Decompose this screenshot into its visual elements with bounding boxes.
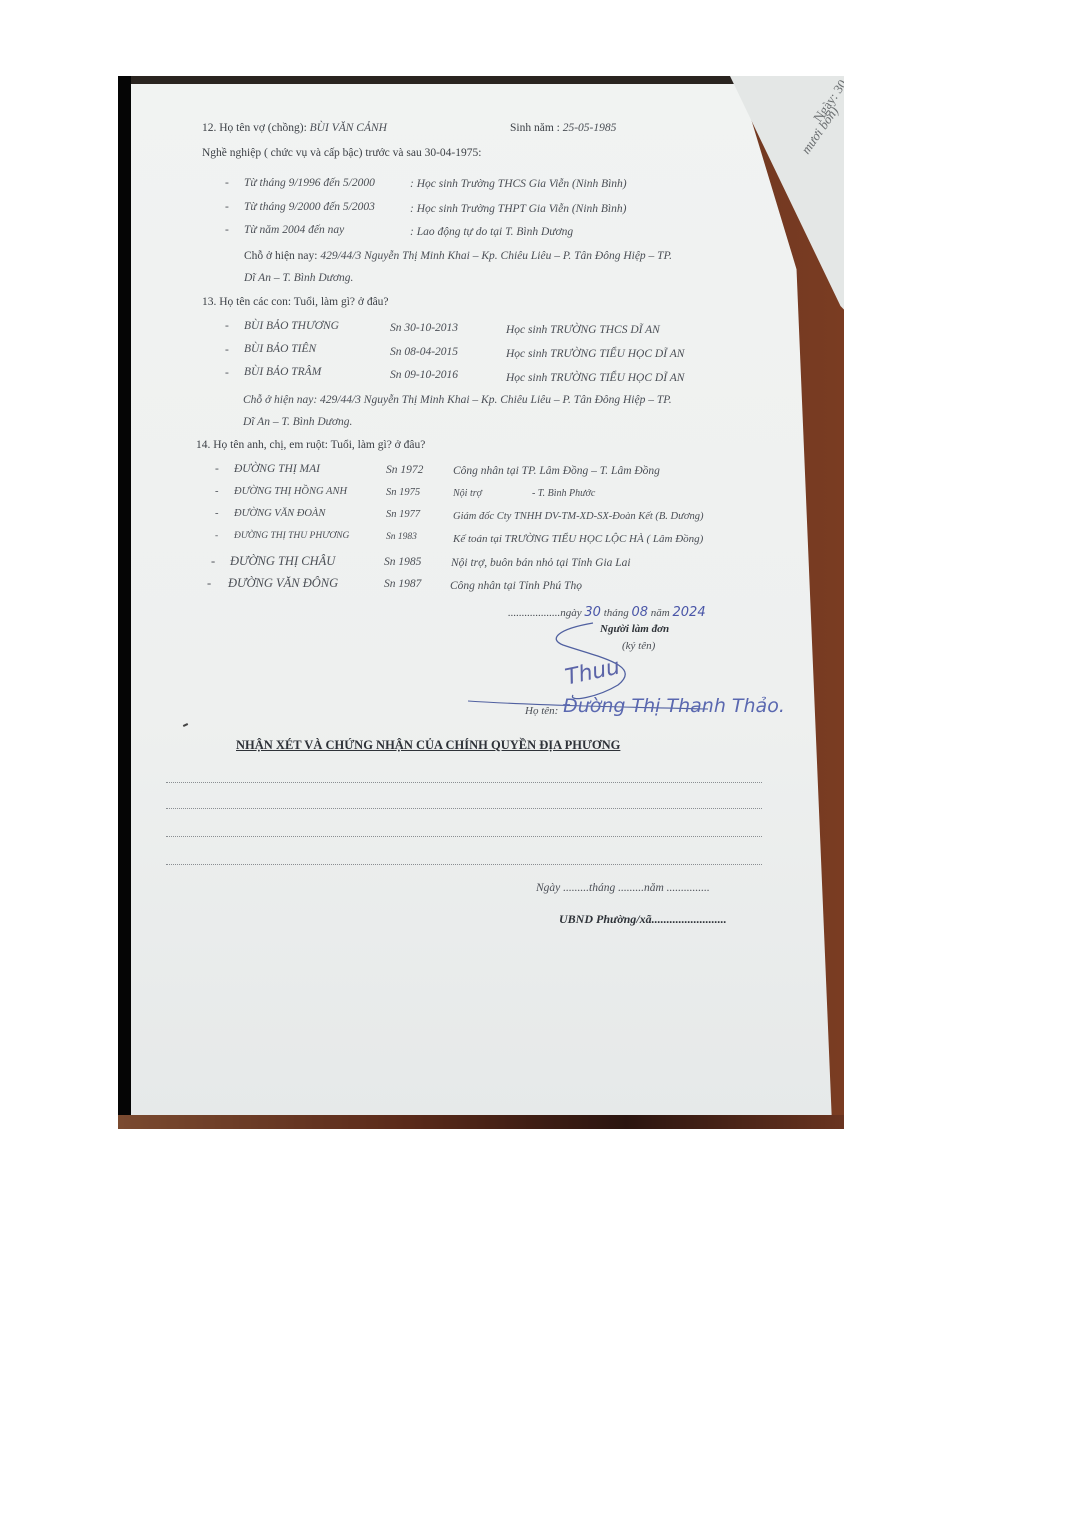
child-detail: Học sinh TRƯỜNG TIỂU HỌC DĨ AN [506, 372, 684, 384]
sibling-dob: Sn 1985 [384, 556, 421, 568]
comment-line [166, 808, 762, 809]
comment-line [166, 782, 762, 783]
address-line2: Dĩ An – T. Bình Dương. [244, 272, 353, 284]
occupation-heading: Nghề nghiệp ( chức vụ và cấp bậc) trước … [202, 147, 481, 159]
history-dash: - [225, 177, 229, 189]
certification-date: Ngày .........tháng .........năm .......… [536, 882, 710, 894]
signer-name-label: Họ tên: [525, 705, 558, 717]
child-dash: - [225, 344, 229, 356]
child-dob: Sn 30-10-2013 [390, 322, 458, 334]
comment-line [166, 864, 762, 865]
history-period: Từ năm 2004 đến nay [244, 224, 344, 236]
sibling-name: ĐƯỜNG THỊ CHÂU [230, 554, 335, 569]
spouse-name: BÙI VĂN CẢNH [310, 122, 387, 134]
sibling-detail: Kế toán tại TRƯỜNG TIỂU HỌC LỘC HÀ ( Lâm… [453, 533, 703, 545]
child-name: BÙI BẢO TRÂM [244, 366, 321, 378]
sibling-dob: Sn 1983 [386, 532, 417, 542]
sibling-detail: Giám đốc Cty TNHH DV-TM-XD-SX-Đoàn Kết (… [453, 511, 703, 522]
spouse-label: 12. Họ tên vợ (chồng): [202, 122, 307, 134]
sibling-name: ĐƯỜNG THỊ HỒNG ANH [234, 486, 347, 497]
child-detail: Học sinh TRƯỜNG THCS DĨ AN [506, 324, 660, 336]
child-dash: - [225, 367, 229, 379]
sibling-dash: - [207, 576, 211, 591]
history-detail: : Lao động tự do tại T. Bình Dương [410, 226, 573, 238]
child-dob: Sn 09-10-2016 [390, 369, 458, 381]
address-label: Chỗ ở hiện nay: [244, 250, 317, 262]
spouse-address: Chỗ ở hiện nay: 429/44/3 Nguyễn Thị Minh… [244, 250, 672, 262]
sibling-detail: Công nhân tại TP. Lâm Đồng – T. Lâm Đồng [453, 465, 660, 477]
history-dash: - [225, 201, 229, 213]
sibling-dob: Sn 1975 [386, 487, 420, 498]
birth-label: Sinh năm : [510, 122, 560, 134]
sibling-dash: - [215, 486, 219, 497]
history-detail: : Học sinh Trường THPT Gia Viễn (Ninh Bì… [410, 203, 626, 215]
sibling-name: ĐƯỜNG THỊ MAI [234, 463, 320, 475]
children-heading: 13. Họ tên các con: Tuổi, làm gì? ở đâu? [202, 296, 389, 308]
child-detail: Học sinh TRƯỜNG TIỂU HỌC DĨ AN [506, 348, 684, 360]
child-name: BÙI BẢO THƯƠNG [244, 320, 339, 332]
history-detail: : Học sinh Trường THCS Gia Viễn (Ninh Bì… [410, 178, 627, 190]
left-border [118, 76, 131, 1129]
history-period: Từ tháng 9/1996 đến 5/2000 [244, 177, 375, 189]
child-dob: Sn 08-04-2015 [390, 346, 458, 358]
comment-line [166, 836, 762, 837]
sibling-dob: Sn 1972 [386, 464, 423, 476]
signer-name: Đường Thị Thanh Thảo. [563, 695, 785, 717]
sibling-dash: - [215, 508, 219, 519]
certification-authority: UBND Phường/xã......................... [559, 912, 727, 927]
children-address-line2: Dĩ An – T. Bình Dương. [243, 416, 352, 428]
paper-sheet [131, 82, 839, 1122]
sibling-name: ĐƯỜNG VĂN ĐÔNG [228, 576, 338, 591]
address-line1: 429/44/3 Nguyễn Thị Minh Khai – Kp. Chiê… [320, 250, 672, 262]
sibling-dob: Sn 1977 [386, 509, 420, 520]
sibling-dash: - [215, 463, 219, 475]
sibling-detail: Nội trợ, buôn bán nhỏ tại Tỉnh Gia Lai [451, 557, 631, 569]
sibling-detail: Công nhân tại Tỉnh Phú Thọ [450, 580, 582, 592]
sibling-dob: Sn 1987 [384, 578, 421, 590]
sibling-detail: Nội trợ - T. Bình Phước [453, 488, 595, 499]
spouse-birth: Sinh năm : 25-05-1985 [510, 122, 616, 134]
sibling-dash: - [211, 554, 215, 569]
spouse-row: 12. Họ tên vợ (chồng): BÙI VĂN CẢNH [202, 122, 387, 134]
history-period: Từ tháng 9/2000 đến 5/2003 [244, 201, 375, 213]
sibling-dash: - [215, 531, 218, 541]
sibling-name: ĐƯỜNG THỊ THU PHƯƠNG [234, 531, 349, 541]
siblings-heading: 14. Họ tên anh, chị, em ruột: Tuổi, làm … [196, 439, 425, 451]
sibling-name: ĐƯỜNG VĂN ĐOÀN [234, 508, 325, 519]
child-dash: - [225, 320, 229, 332]
child-name: BÙI BẢO TIÊN [244, 343, 316, 355]
table-surface [118, 1115, 844, 1129]
birth-date: 25-05-1985 [563, 122, 617, 134]
certification-heading: NHẬN XÉT VÀ CHỨNG NHẬN CỦA CHÍNH QUYỀN Đ… [236, 738, 620, 753]
history-dash: - [225, 224, 229, 236]
children-address-line1: Chỗ ở hiện nay: 429/44/3 Nguyễn Thị Minh… [243, 394, 672, 406]
